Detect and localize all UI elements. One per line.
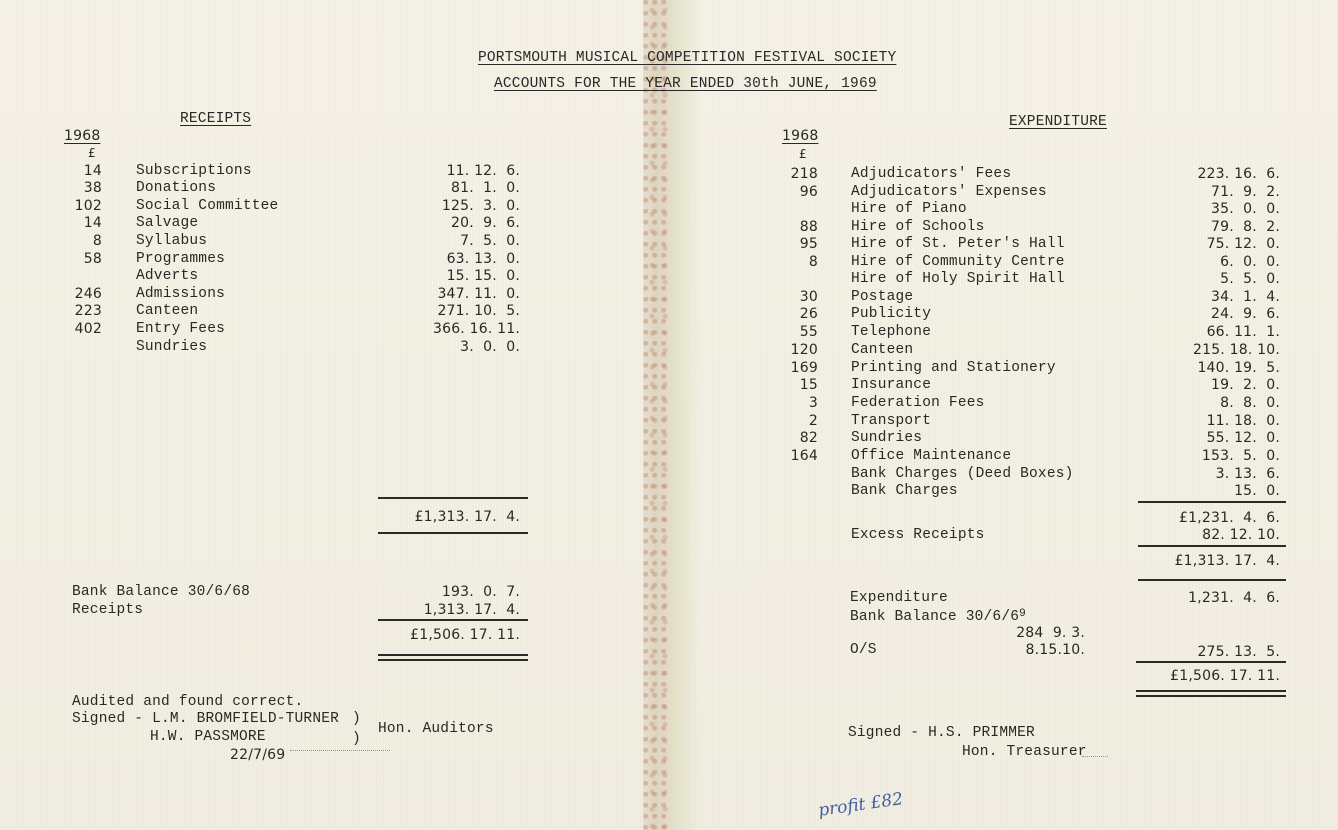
receipts-row-label: Syllabus [136,233,207,251]
expenditure-row-label: Hire of Community Centre [851,254,1065,272]
expenditure-row-label: Telephone [851,324,931,342]
expenditure-row-label: Adjudicators' Expenses [851,184,1047,202]
expenditure-row-label: Sundries [851,430,922,448]
expenditure-row-label: Office Maintenance [851,448,1011,466]
net-bank-balance: 275. 13. 5. [1130,644,1280,662]
treasurer-role: Hon. Treasurer [962,744,1087,762]
receipts-row-label: Canteen [136,303,198,321]
expenditure-prior-value: 15 [776,377,818,395]
expenditure-currency-symbol: £ [799,146,807,164]
receipts-row-amount: 7. 5. 0. [370,233,520,251]
expenditure-prior-year-header: 1968 [782,128,818,146]
receipts-prior-value: 246 [62,286,102,304]
receipts-prior-value: 14 [62,163,102,181]
expenditure-row-amount: 34. 1. 4. [1130,289,1280,307]
receipts-row-label: Sundries [136,339,207,357]
receipts-balance-double-rule [378,654,528,661]
expenditure-row-label: Hire of St. Peter's Hall [851,236,1065,254]
expenditure-prior-value: 82 [776,430,818,448]
expenditure-row-label: Federation Fees [851,395,985,413]
audit-date: 22/7/69 [230,747,285,765]
expenditure-balance-expenditure-amount: 1,231. 4. 6. [1130,590,1280,608]
auditor-signature-1: Signed - L.M. BROMFIELD-TURNER [72,711,339,729]
expenditure-row-label: Hire of Piano [851,201,967,219]
expenditure-subtotal-rule [1138,501,1286,503]
expenditure-prior-value: 218 [776,166,818,184]
receipts-row-amount: 3. 0. 0. [370,339,520,357]
expenditure-row-amount: 11. 18. 0. [1130,413,1280,431]
receipts-currency-symbol: £ [88,145,96,163]
expenditure-heading: EXPENDITURE [1009,114,1107,132]
expenditure-prior-value: 8 [776,254,818,272]
expenditure-row-amount: 79. 8. 2. [1130,219,1280,237]
receipts-heading: RECEIPTS [180,111,251,129]
receipts-prior-value: 58 [62,251,102,269]
expenditure-row-label: Bank Charges [851,483,958,501]
receipts-row-label: Programmes [136,251,225,269]
expenditure-row-amount: 215. 18. 10. [1130,342,1280,360]
expenditure-row-amount: 66. 11. 1. [1130,324,1280,342]
net-balance-rule [1136,661,1286,663]
expenditure-balance-total: £1,506. 17. 11. [1130,668,1280,686]
fold-discoloration [669,0,701,830]
expenditure-row-label: Insurance [851,377,931,395]
outstanding-label: O/S [850,642,877,660]
expenditure-row-amount: 6. 0. 0. [1130,254,1280,272]
receipts-row-label: Admissions [136,286,225,304]
receipts-total-rule-top [378,497,528,499]
bank-balance-date-overstrike: 9 [1019,608,1026,620]
treasurer-signature: Signed - H.S. PRIMMER [848,725,1035,743]
expenditure-row-label: Publicity [851,306,931,324]
expenditure-row-label: Hire of Holy Spirit Hall [851,271,1065,289]
expenditure-total: £1,313. 17. 4. [1130,553,1280,571]
auditor-role: Hon. Auditors [378,721,494,739]
expenditure-prior-value: 3 [776,395,818,413]
receipts-bank-balance-label: Bank Balance 30/6/68 [72,584,250,602]
receipts-prior-value: 38 [62,180,102,198]
excess-receipts-amount: 82. 12. 10. [1130,527,1280,545]
expenditure-row-label: Adjudicators' Fees [851,166,1011,184]
receipts-total: £1,313. 17. 4. [370,509,520,527]
expenditure-prior-value: 88 [776,219,818,237]
bank-balance-gross: 284 9. 3. [960,625,1085,643]
excess-receipts-label: Excess Receipts [851,527,985,545]
expenditure-row-amount: 55. 12. 0. [1130,430,1280,448]
receipts-prior-year-header: 1968 [64,128,100,146]
expenditure-balance-double-rule [1136,690,1286,697]
expenditure-prior-value: 26 [776,306,818,324]
receipts-prior-value: 102 [62,198,102,216]
expenditure-row-label: Postage [851,289,913,307]
expenditure-row-label: Printing and Stationery [851,360,1056,378]
receipts-row-label: Donations [136,180,216,198]
receipts-row-amount: 20. 9. 6. [370,215,520,233]
receipts-balance-rule [378,619,528,621]
receipts-row-amount: 15. 15. 0. [370,268,520,286]
receipts-row-label: Social Committee [136,198,278,216]
expenditure-row-label: Bank Charges (Deed Boxes) [851,466,1074,484]
receipts-bank-balance-amount: 193. 0. 7. [370,584,520,602]
receipts-prior-value: 8 [62,233,102,251]
receipts-row-amount: 11. 12. 6. [370,163,520,181]
expenditure-prior-value: 164 [776,448,818,466]
receipts-row-label: Entry Fees [136,321,225,339]
audit-statement: Audited and found correct. [72,694,303,712]
expenditure-row-amount: 153. 5. 0. [1130,448,1280,466]
receipts-row-amount: 347. 11. 0. [370,286,520,304]
expenditure-row-amount: 8. 8. 0. [1130,395,1280,413]
document-title: PORTSMOUTH MUSICAL COMPETITION FESTIVAL … [478,50,888,68]
outstanding-amount: 8.15.10. [960,642,1085,660]
receipts-row-label: Salvage [136,215,198,233]
receipts-row-label: Subscriptions [136,163,252,181]
expenditure-row-amount: 19. 2. 0. [1130,377,1280,395]
auditor-bracket-1: ) [352,711,361,729]
expenditure-prior-value: 2 [776,413,818,431]
expenditure-row-amount: 223. 16. 6. [1130,166,1280,184]
expenditure-subtotal: £1,231. 4. 6. [1130,510,1280,528]
expenditure-row-label: Hire of Schools [851,219,985,237]
expenditure-row-amount: 24. 9. 6. [1130,306,1280,324]
expenditure-total-rule-bottom [1138,579,1286,581]
receipts-prior-value: 223 [62,303,102,321]
expenditure-row-amount: 3. 13. 6. [1130,466,1280,484]
receipts-total-rule-bottom [378,532,528,534]
expenditure-row-amount: 35. 0. 0. [1130,201,1280,219]
receipts-receipts-amount: 1,313. 17. 4. [370,602,520,620]
expenditure-row-amount: 15. 0. [1130,483,1280,501]
expenditure-prior-value: 120 [776,342,818,360]
document-subtitle: ACCOUNTS FOR THE YEAR ENDED 30th JUNE, 1… [494,76,872,94]
expenditure-row-label: Canteen [851,342,913,360]
expenditure-row-amount: 5. 5. 0. [1130,271,1280,289]
expenditure-balance-expenditure-label: Expenditure [850,590,948,608]
receipts-balance-total: £1,506. 17. 11. [370,627,520,645]
receipts-row-amount: 125. 3. 0. [370,198,520,216]
expenditure-total-rule-top [1138,545,1286,547]
treasurer-dotted-line [1082,756,1108,757]
receipts-prior-value: 402 [62,321,102,339]
fold-tape-stain [643,0,669,830]
receipts-row-label: Adverts [136,268,198,286]
auditor-bracket-2: ) [352,731,361,749]
expenditure-prior-value: 95 [776,236,818,254]
receipts-row-amount: 81. 1. 0. [370,180,520,198]
expenditure-row-amount: 75. 12. 0. [1130,236,1280,254]
expenditure-row-amount: 140. 19. 5. [1130,360,1280,378]
expenditure-prior-value: 55 [776,324,818,342]
receipts-receipts-label: Receipts [72,602,143,620]
audit-dotted-line [290,750,390,751]
receipts-row-amount: 63. 13. 0. [370,251,520,269]
receipts-prior-value: 14 [62,215,102,233]
bank-balance-date-text: Bank Balance 30/6/6 [850,609,1019,625]
expenditure-prior-value: 96 [776,184,818,202]
expenditure-prior-value: 169 [776,360,818,378]
expenditure-row-amount: 71. 9. 2. [1130,184,1280,202]
expenditure-bank-balance-label: Bank Balance 30/6/69 [850,606,1026,627]
auditor-signature-2: H.W. PASSMORE [150,729,266,747]
expenditure-prior-value: 30 [776,289,818,307]
receipts-row-amount: 271. 10. 5. [370,303,520,321]
receipts-row-amount: 366. 16. 11. [370,321,520,339]
expenditure-row-label: Transport [851,413,931,431]
